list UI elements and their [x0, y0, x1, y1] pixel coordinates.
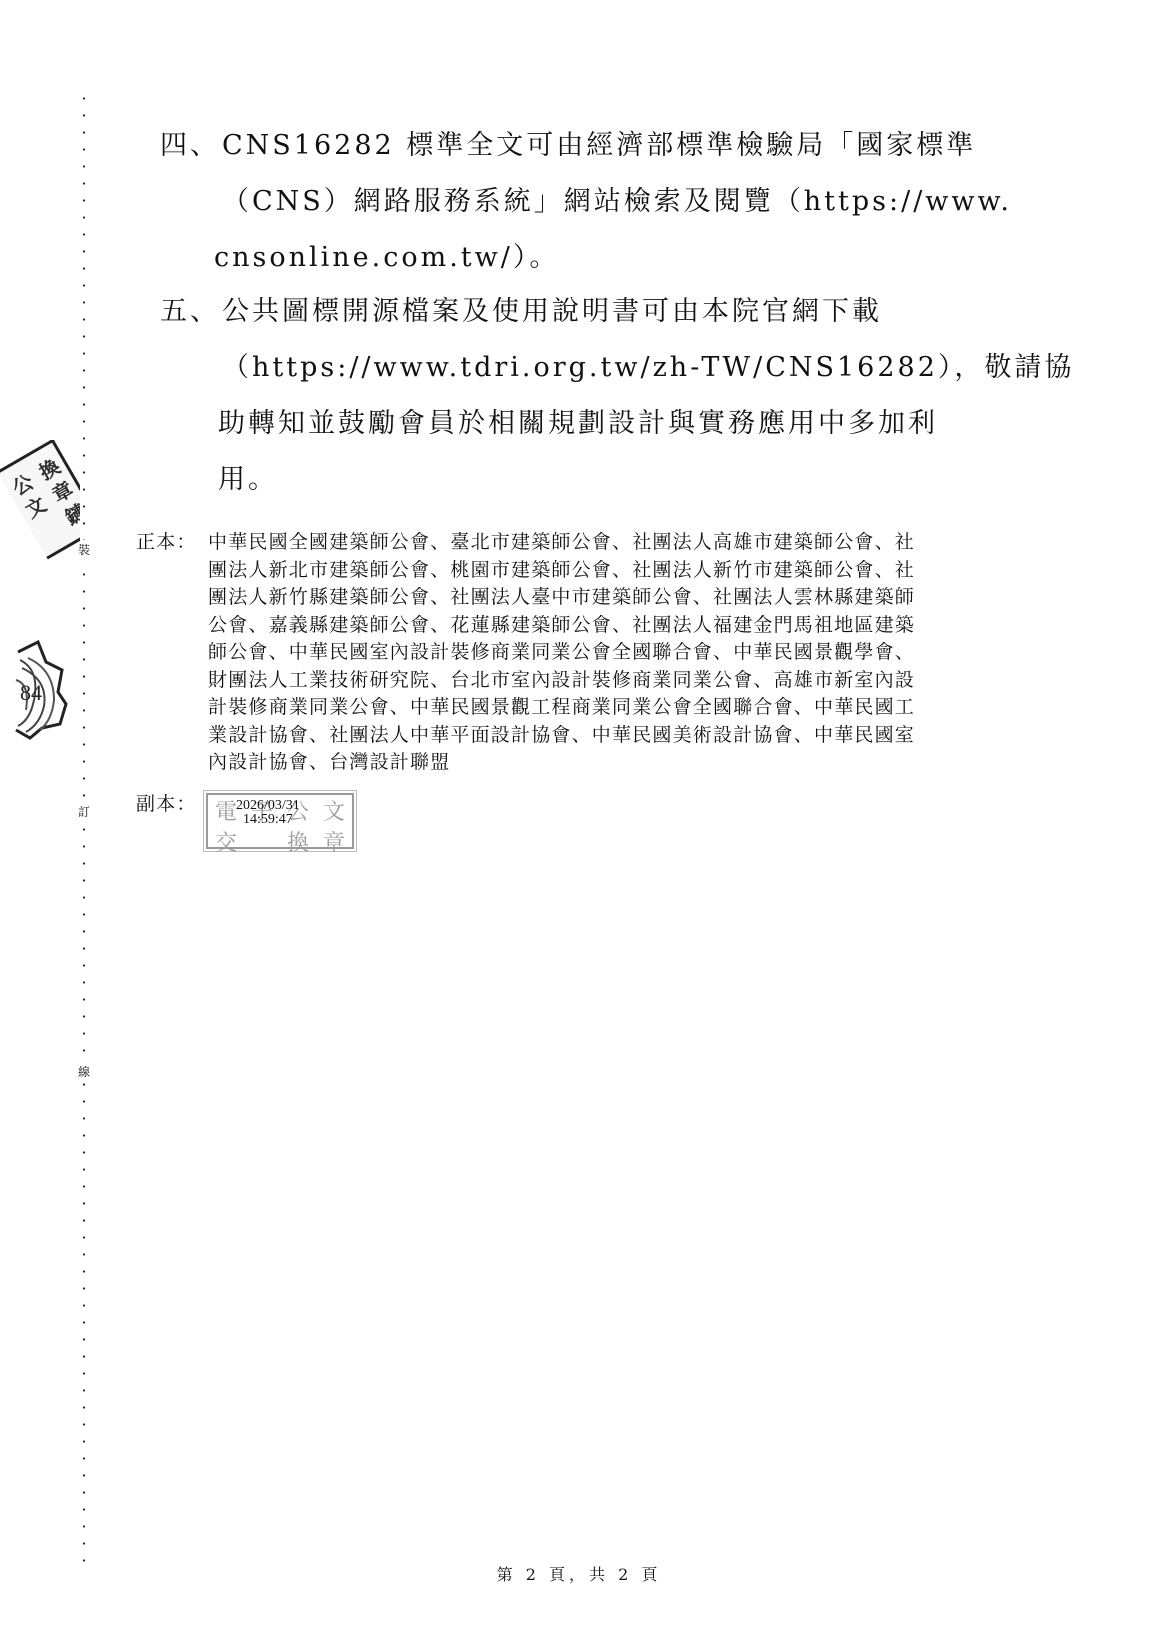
binding-mark-staple: 訂 [74, 802, 94, 822]
page-footer: 第 2 頁，共 2 頁 [0, 1562, 1158, 1585]
stamp-datetime: 2026/03/31 14:59:47 [236, 799, 300, 827]
stamp-time: 14:59:47 [236, 813, 300, 827]
fingerprint-number: 84 [20, 680, 42, 706]
item-line: （https://www.tdri.org.tw/zh-TW/CNS16282）… [160, 340, 1074, 396]
recipient-line: 師公會、中華民國室內設計裝修商業同業公會全國聯合會、中華民國景觀學會、 [208, 639, 998, 667]
main-recipients-label: 正本： [136, 529, 197, 557]
item-line: cnsonline.com.tw/）。 [160, 230, 1012, 286]
stamp-char: 換 [287, 826, 309, 857]
item-number: 四、 [160, 118, 220, 174]
item-line: 公共圖標開源檔案及使用說明書可由本院官網下載 [160, 284, 1074, 340]
binding-mark-line: 線 [74, 1062, 94, 1082]
stamp-char: 章 [323, 826, 345, 857]
fingerprint-seal: 84 [0, 640, 68, 740]
seal-char [42, 519, 55, 542]
main-recipients: 正本： 中華民國全國建築師公會、臺北市建築師公會、社團法人高雄市建築師公會、社 … [136, 529, 998, 777]
item-five: 五、 公共圖標開源檔案及使用說明書可由本院官網下載 （https://www.t… [160, 284, 1074, 508]
cc-recipients-label: 副本： [136, 791, 197, 819]
electronic-exchange-stamp: 電 子 公 文 交 換 章 2026/03/31 14:59:47 [206, 793, 354, 849]
item-line: 用。 [160, 452, 1074, 508]
item-line: 助轉知並鼓勵會員於相關規劃設計與實務應用中多加利 [160, 396, 1074, 452]
stamp-char: 電 [215, 795, 237, 826]
recipient-line: 團法人新竹縣建築師公會、社團法人臺中市建築師公會、社團法人雲林縣建築師 [208, 584, 998, 612]
item-four: 四、 CNS16282 標準全文可由經濟部標準檢驗局「國家標準 （CNS）網路服… [160, 118, 1012, 286]
recipient-line: 中華民國全國建築師公會、臺北市建築師公會、社團法人高雄市建築師公會、社 [208, 529, 998, 557]
recipient-line: 業設計協會、社團法人中華平面設計協會、中華民國美術設計協會、中華民國室 [208, 722, 998, 750]
recipient-line: 內設計協會、台灣設計聯盟 [208, 749, 998, 777]
stamp-char: 文 [323, 795, 345, 826]
item-line: （CNS）網路服務系統」網站檢索及閱覽（https://www. [160, 174, 1012, 230]
recipient-line: 公會、嘉義縣建築師公會、花蓮縣建築師公會、社團法人福建金門馬祖地區建築 [208, 612, 998, 640]
main-recipients-list: 中華民國全國建築師公會、臺北市建築師公會、社團法人高雄市建築師公會、社 團法人新… [208, 529, 998, 777]
item-number: 五、 [160, 284, 220, 340]
stamp-date: 2026/03/31 [236, 799, 300, 813]
binding-dotted-line [82, 90, 86, 1570]
recipient-line: 計裝修商業同業公會、中華民國景觀工程商業同業公會全國聯合會、中華民國工 [208, 694, 998, 722]
recipient-line: 團法人新北市建築師公會、桃園市建築師公會、社團法人新竹市建築師公會、社 [208, 557, 998, 585]
seal-stamp: 公 換 文 章 鏈 [0, 440, 80, 560]
item-line: CNS16282 標準全文可由經濟部標準檢驗局「國家標準 [160, 118, 1012, 174]
recipient-line: 財團法人工業技術研究院、台北市室內設計裝修商業同業公會、高雄市新室內設 [208, 667, 998, 695]
stamp-char: 交 [215, 826, 237, 857]
